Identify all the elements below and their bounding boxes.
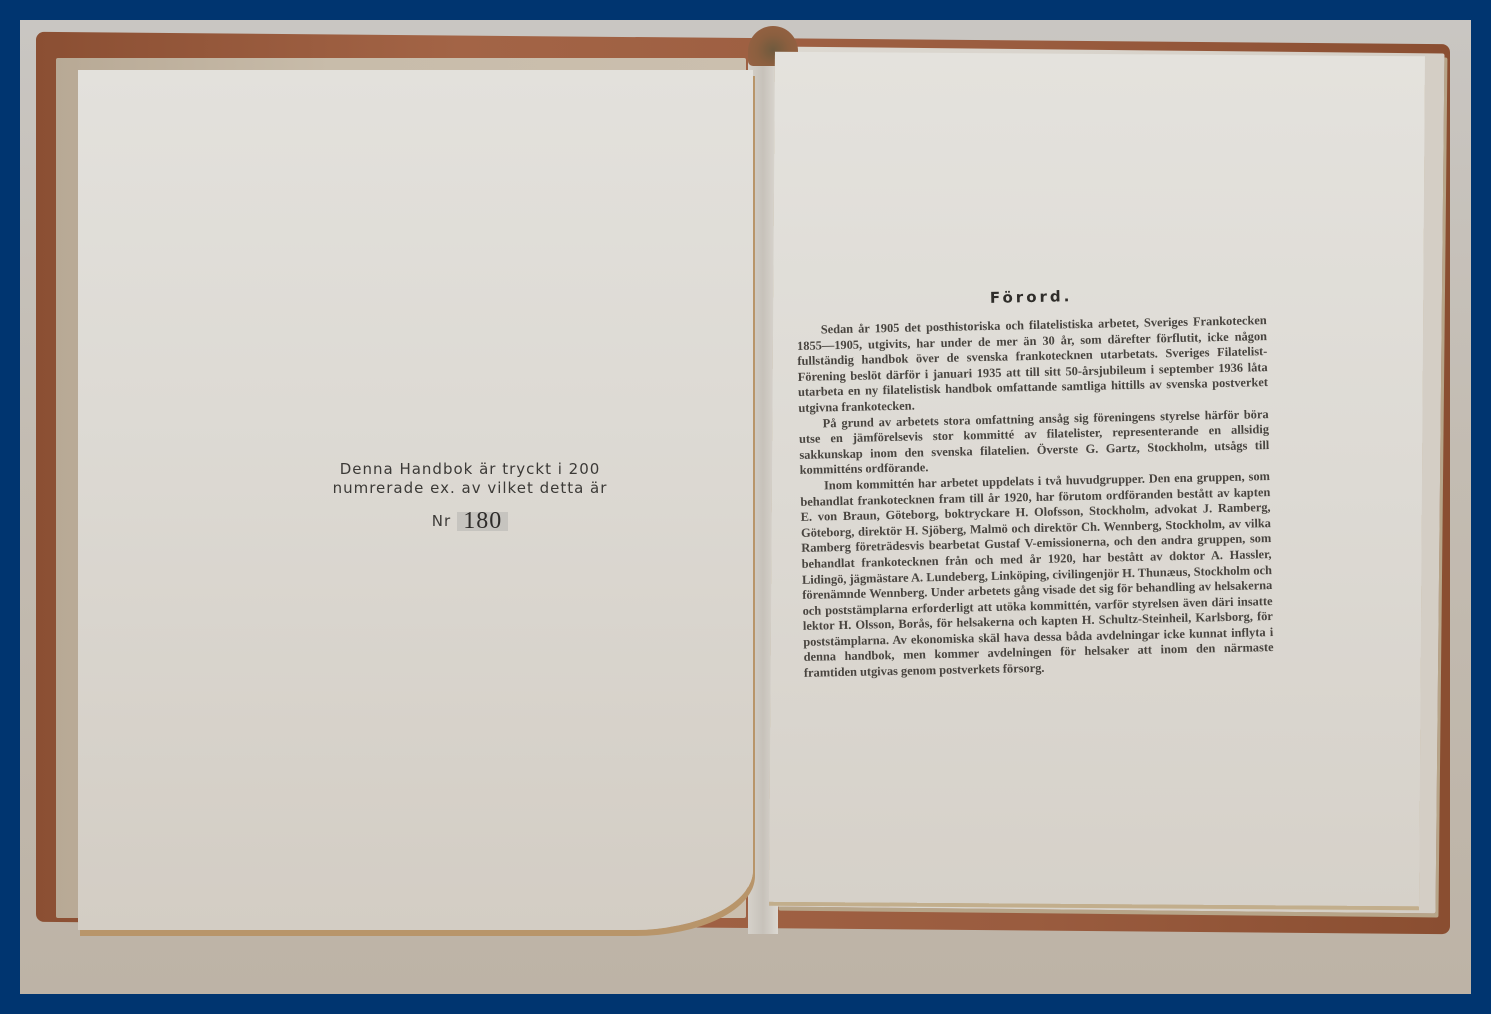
foreword: Förord. Sedan år 1905 det posthistoriska…: [796, 283, 1274, 681]
colophon: Denna Handbok är tryckt i 200 numrerade …: [320, 460, 620, 531]
colophon-line-1: Denna Handbok är tryckt i 200: [320, 460, 620, 479]
edition-number-value: 180: [457, 512, 508, 531]
foreword-paragraph: Sedan år 1905 det posthistoriska och fil…: [797, 313, 1269, 416]
edition-number-label: Nr: [432, 512, 451, 531]
colophon-line-2: numrerade ex. av vilket detta är: [320, 479, 620, 498]
book-photo: Denna Handbok är tryckt i 200 numrerade …: [20, 20, 1471, 994]
foreword-paragraph: På grund av arbetets stora omfattning an…: [799, 407, 1270, 479]
foreword-paragraph: Inom kommittén har arbetet uppdelats i t…: [800, 469, 1274, 682]
edition-number: Nr 180: [320, 512, 620, 531]
